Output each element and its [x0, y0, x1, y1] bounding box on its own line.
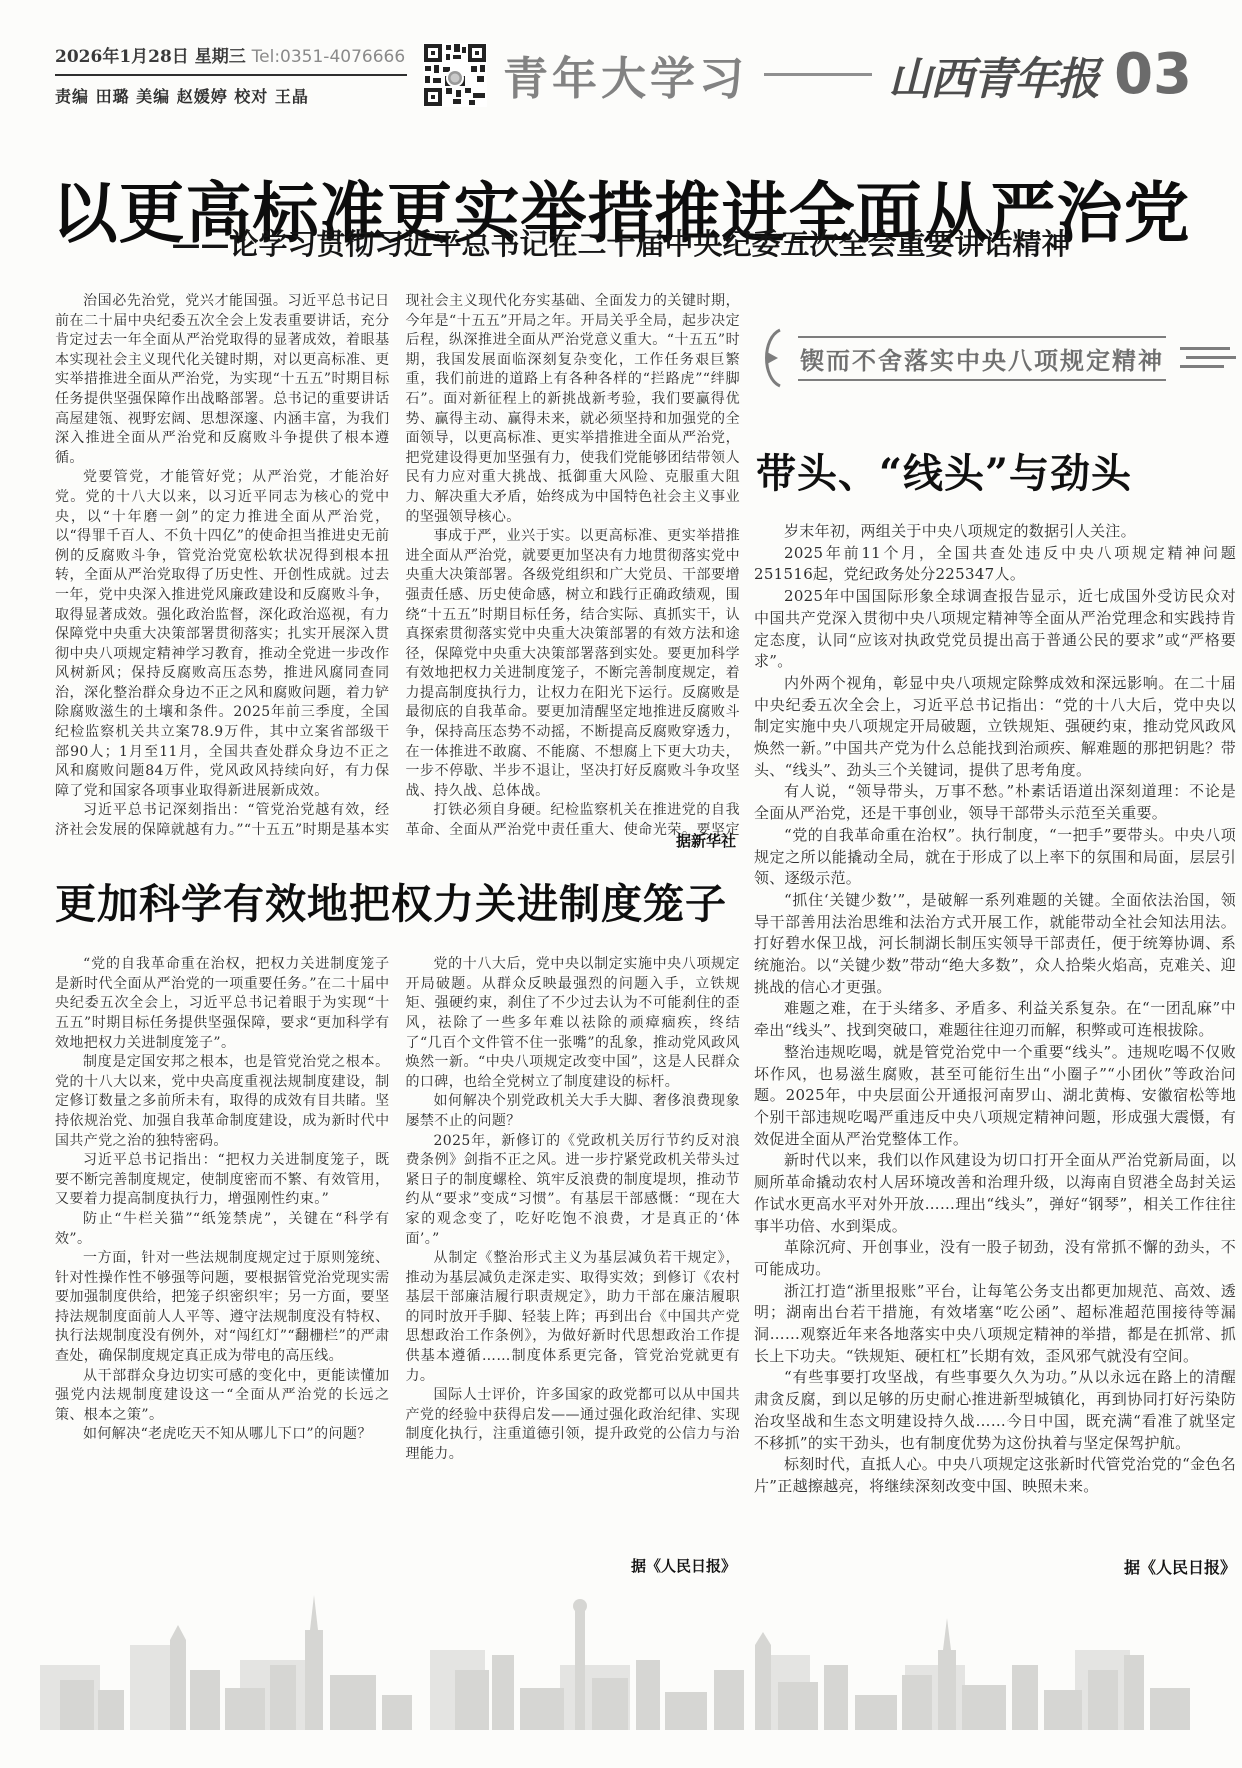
paragraph: “党的自我革命重在治权，把权力关进制度笼子是新时代全面从严治党的一项重要任务。”…: [55, 955, 390, 1053]
section-title: 青年大学习: [503, 42, 748, 107]
page-number: 03: [1114, 47, 1192, 103]
banner-text: 锲而不舍落实中央八项规定精神: [798, 338, 1166, 379]
sidebar-article-title: 带头、“线头”与劲头: [756, 442, 1236, 499]
telephone-number: Tel:0351-4076666: [252, 47, 406, 67]
sidebar-column: 锲而不舍落实中央八项规定精神 带头、“线头”与劲头 岁末年初，两组关于中央八项规…: [754, 292, 1236, 1578]
issue-info: 2026年1月28日 星期三 Tel:0351-4076666 责编 田璐 美编…: [55, 42, 407, 107]
main-articles-zone: 治国必先治党，党兴才能国强。习近平总书记日前在二十届中央纪委五次全会上发表重要讲…: [55, 292, 740, 1578]
page-header: 2026年1月28日 星期三 Tel:0351-4076666 责编 田璐 美编…: [55, 42, 1192, 107]
paragraph: 浙江打造“浙里报账”平台，让每笔公务支出都更加规范、高效、透明；湖南出台若干措施…: [754, 1281, 1236, 1368]
header-rule: [55, 74, 407, 76]
article-lead-source: 据新华社: [676, 830, 736, 851]
campaign-banner: 锲而不舍落实中央八项规定精神: [754, 326, 1236, 390]
paragraph: 事成于严，业兴于实。以更高标准、更实举措推进全面从严治党，就要更加坚决有力地贯彻…: [406, 527, 741, 801]
paragraph: 2025年，新修订的《党政机关厉行节约反对浪费条例》剑指不正之风。进一步拧紧党政…: [406, 1132, 741, 1250]
paragraph: 党的十八大后，党中央以制定实施中央八项规定开局破题。从群众反映最强烈的问题入手，…: [406, 955, 741, 1092]
city-skyline-graphic: [0, 1570, 1242, 1730]
sidebar-article-body: 岁末年初，两组关于中央八项规定的数据引人关注。2025年前11个月，全国共查处违…: [754, 521, 1236, 1577]
newspaper-masthead-logo: 山西青年报: [888, 43, 1098, 107]
paragraph: 从制定《整治形式主义为基层减负若干规定》，推动为基层减负走深走实、取得实效；到修…: [406, 1249, 741, 1386]
paragraph: 标刻时代，直抵人心。中央八项规定这张新时代管党治党的“金色名片”正越擦越亮，将继…: [754, 1454, 1236, 1497]
paragraph: 从干部群众身边切实可感的变化中，更能读懂加强党内法规制度建设这一“全面从严治党的…: [55, 1367, 390, 1426]
banner-triple-lines-icon: [1180, 343, 1236, 373]
main-subheadline: ——论学习贯彻习近平总书记在二十届中央纪委五次全会重要讲话精神: [0, 222, 1242, 263]
paragraph: 治国必先治党，党兴才能国强。习近平总书记日前在二十届中央纪委五次全会上发表重要讲…: [55, 292, 390, 468]
paragraph: 整治违规吃喝，就是管党治党中一个重要“线头”。违规吃喝不仅败坏作风，也易滋生腐败…: [754, 1042, 1236, 1151]
issue-date: 2026年1月28日 星期三: [55, 47, 246, 67]
paragraph: 如何解决个别党政机关大手大脚、奢侈浪费现象屡禁不止的问题？: [406, 1092, 741, 1131]
banner-arc-icon: [754, 326, 784, 390]
article-lead: 治国必先治党，党兴才能国强。习近平总书记日前在二十届中央纪委五次全会上发表重要讲…: [55, 292, 740, 854]
paragraph: 一方面，针对一些法规制度规定过于原则笼统、针对性操作性不够强等问题，要根据管党治…: [55, 1249, 390, 1367]
paragraph: 有人说，“领导带头，万事不愁。”朴素话语道出深刻道理：不论是全面从严治党，还是干…: [754, 781, 1236, 824]
content-area: 治国必先治党，党兴才能国强。习近平总书记日前在二十届中央纪委五次全会上发表重要讲…: [55, 292, 1190, 1578]
newspaper-page: 2026年1月28日 星期三 Tel:0351-4076666 责编 田璐 美编…: [0, 0, 1242, 1768]
paragraph: 党要管党，才能管好党；从严治党，才能治好党。党的十八大以来，以习近平同志为核心的…: [55, 468, 390, 801]
banner-frame: 锲而不舍落实中央八项规定精神: [788, 330, 1176, 387]
article-second: 更加科学有效地把权力关进制度笼子 “党的自我革命重在治权，把权力关进制度笼子是新…: [55, 880, 740, 1467]
paragraph: 新时代以来，我们以作风建设为切口打开全面从严治党新局面，以厕所革命撬动农村人居环…: [754, 1150, 1236, 1237]
paragraph: 岁末年初，两组关于中央八项规定的数据引人关注。: [754, 521, 1236, 543]
qr-code-icon: [423, 43, 487, 107]
article-second-body: “党的自我革命重在治权，把权力关进制度笼子是新时代全面从严治党的一项重要任务。”…: [55, 955, 740, 1467]
paragraph: 革除沉疴、开创事业，没有一股子韧劲，没有常抓不懈的劲头，不可能成功。: [754, 1237, 1236, 1280]
paragraph: 2025年中国国际形象全球调查报告显示，近七成国外受访民众对中国共产党深入贯彻中…: [754, 586, 1236, 673]
banner-bottom-line: [798, 379, 1166, 381]
article-lead-body: 治国必先治党，党兴才能国强。习近平总书记日前在二十届中央纪委五次全会上发表重要讲…: [55, 292, 740, 854]
article-second-title: 更加科学有效地把权力关进制度笼子: [55, 880, 740, 929]
paragraph: 如何解决“老虎吃天不知从哪儿下口”的问题？: [55, 1425, 390, 1445]
paragraph: “党的自我革命重在治权”。执行制度，“一把手”要带头。中央八项规定之所以能撬动全…: [754, 825, 1236, 890]
paragraph: “有些事要打攻坚战，有些事要久久为功。”从以永远在路上的清醒肃贪反腐，到以足够的…: [754, 1367, 1236, 1454]
paragraph: “抓住‘关键少数’”，是破解一系列难题的关键。全面依法治国，领导干部善用法治思维…: [754, 890, 1236, 999]
staff-credits: 责编 田璐 美编 赵媛婷 校对 王晶: [55, 84, 407, 107]
paragraph: 习近平总书记指出：“把权力关进制度笼子，既要不断完善制度规定，使制度密而不繁、有…: [55, 1151, 390, 1210]
paragraph: 2025年前11个月，全国共查处违反中央八项规定精神问题251516起，党纪政务…: [754, 543, 1236, 586]
header-divider-line: [764, 73, 872, 76]
paragraph: 难题之难，在于头绪多、矛盾多、利益关系复杂。在“一团乱麻”中牵出“线头”、找到突…: [754, 998, 1236, 1041]
paragraph: 防止“牛栏关猫”“纸笼禁虎”，关键在“科学有效”。: [55, 1210, 390, 1249]
paragraph: 国际人士评价，许多国家的政党都可以从中国共产党的经验中获得启发——通过强化政治纪…: [406, 1386, 741, 1464]
paragraph: 制度是定国安邦之根本，也是管党治党之根本。党的十八大以来，党中央高度重视法规制度…: [55, 1053, 390, 1151]
paragraph: 内外两个视角，彰显中央八项规定除弊成效和深远影响。在二十届中央纪委五次全会上，习…: [754, 673, 1236, 782]
